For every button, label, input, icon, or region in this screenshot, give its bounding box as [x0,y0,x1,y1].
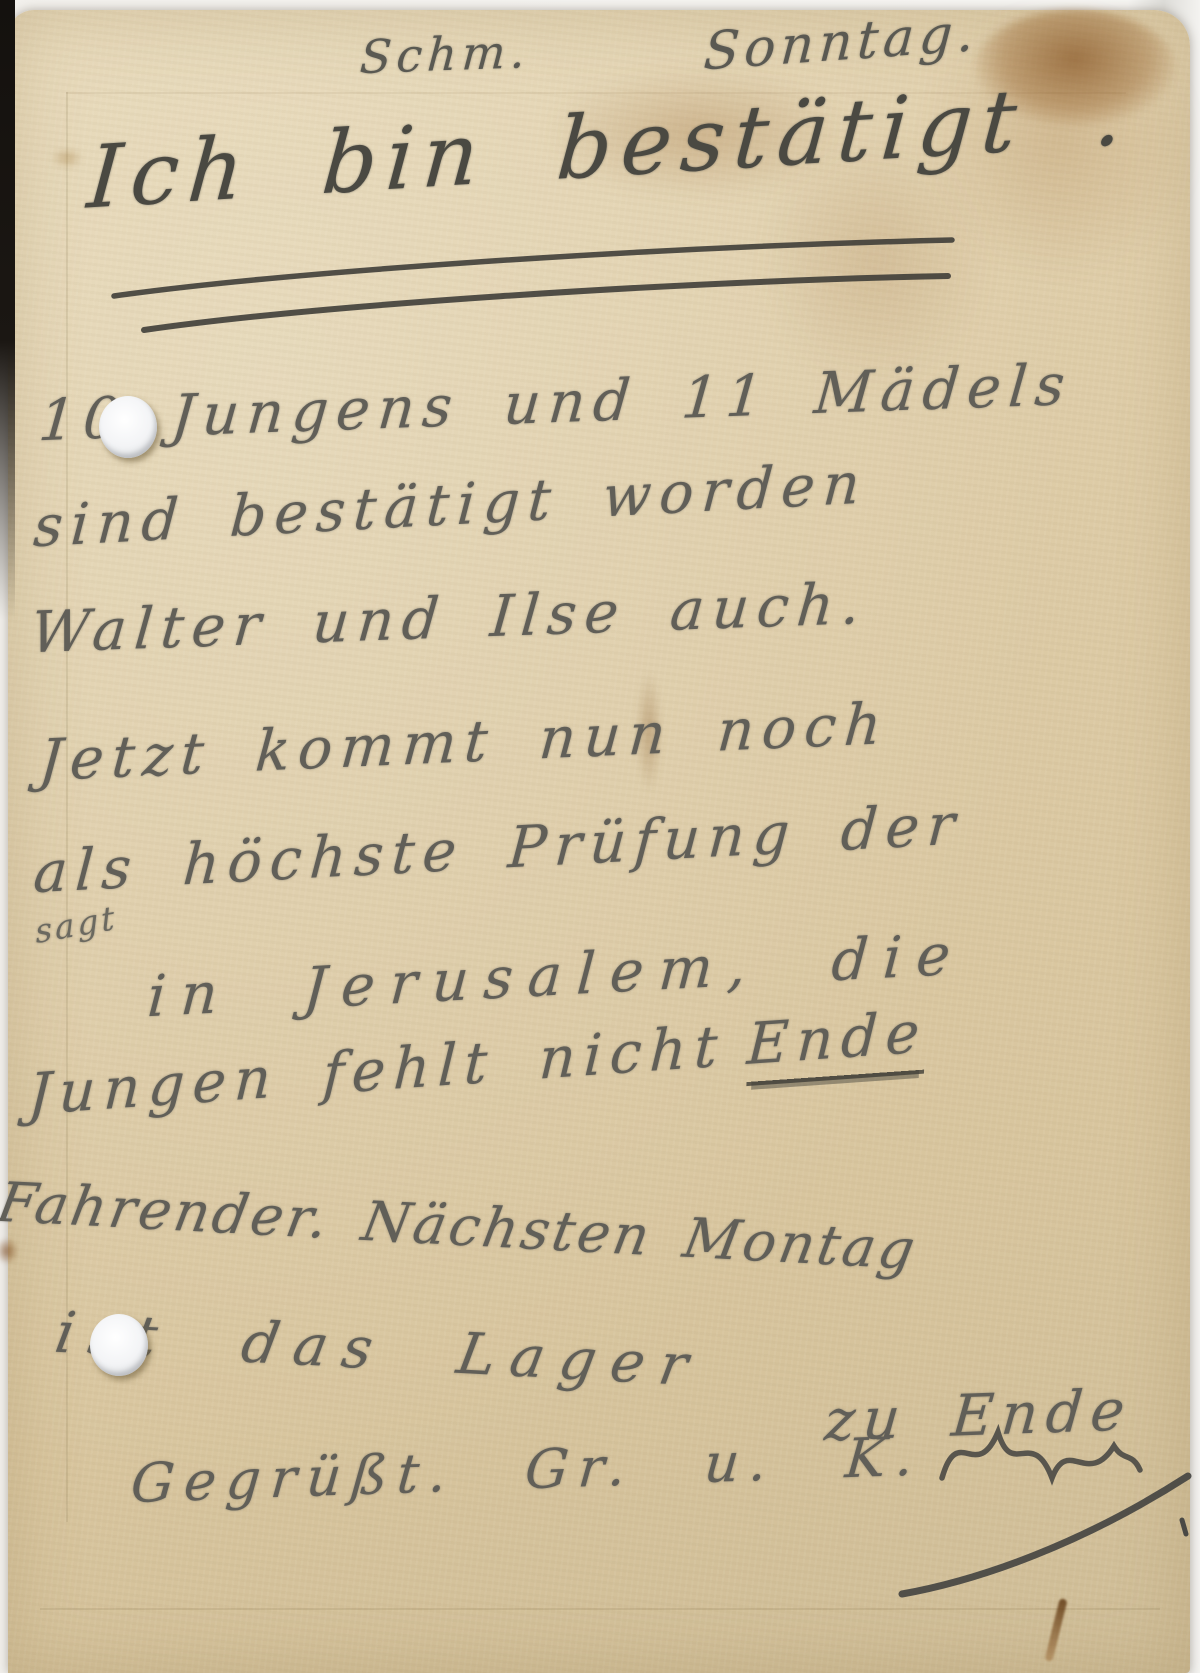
underlined-word: Ende [745,999,929,1082]
crease-bottom [40,1608,1160,1610]
header-abbreviation: Schm. [358,24,532,84]
scanned-postcard: Schm. Sonntag. Ich bin bestätigt . 10 Ju… [0,0,1200,1673]
scan-edge-strip [0,0,15,620]
signature-scribble [900,1392,1200,1602]
hole-punch-top [99,396,157,458]
title-underline-strokes [100,232,970,342]
hole-punch-bottom [90,1314,148,1376]
